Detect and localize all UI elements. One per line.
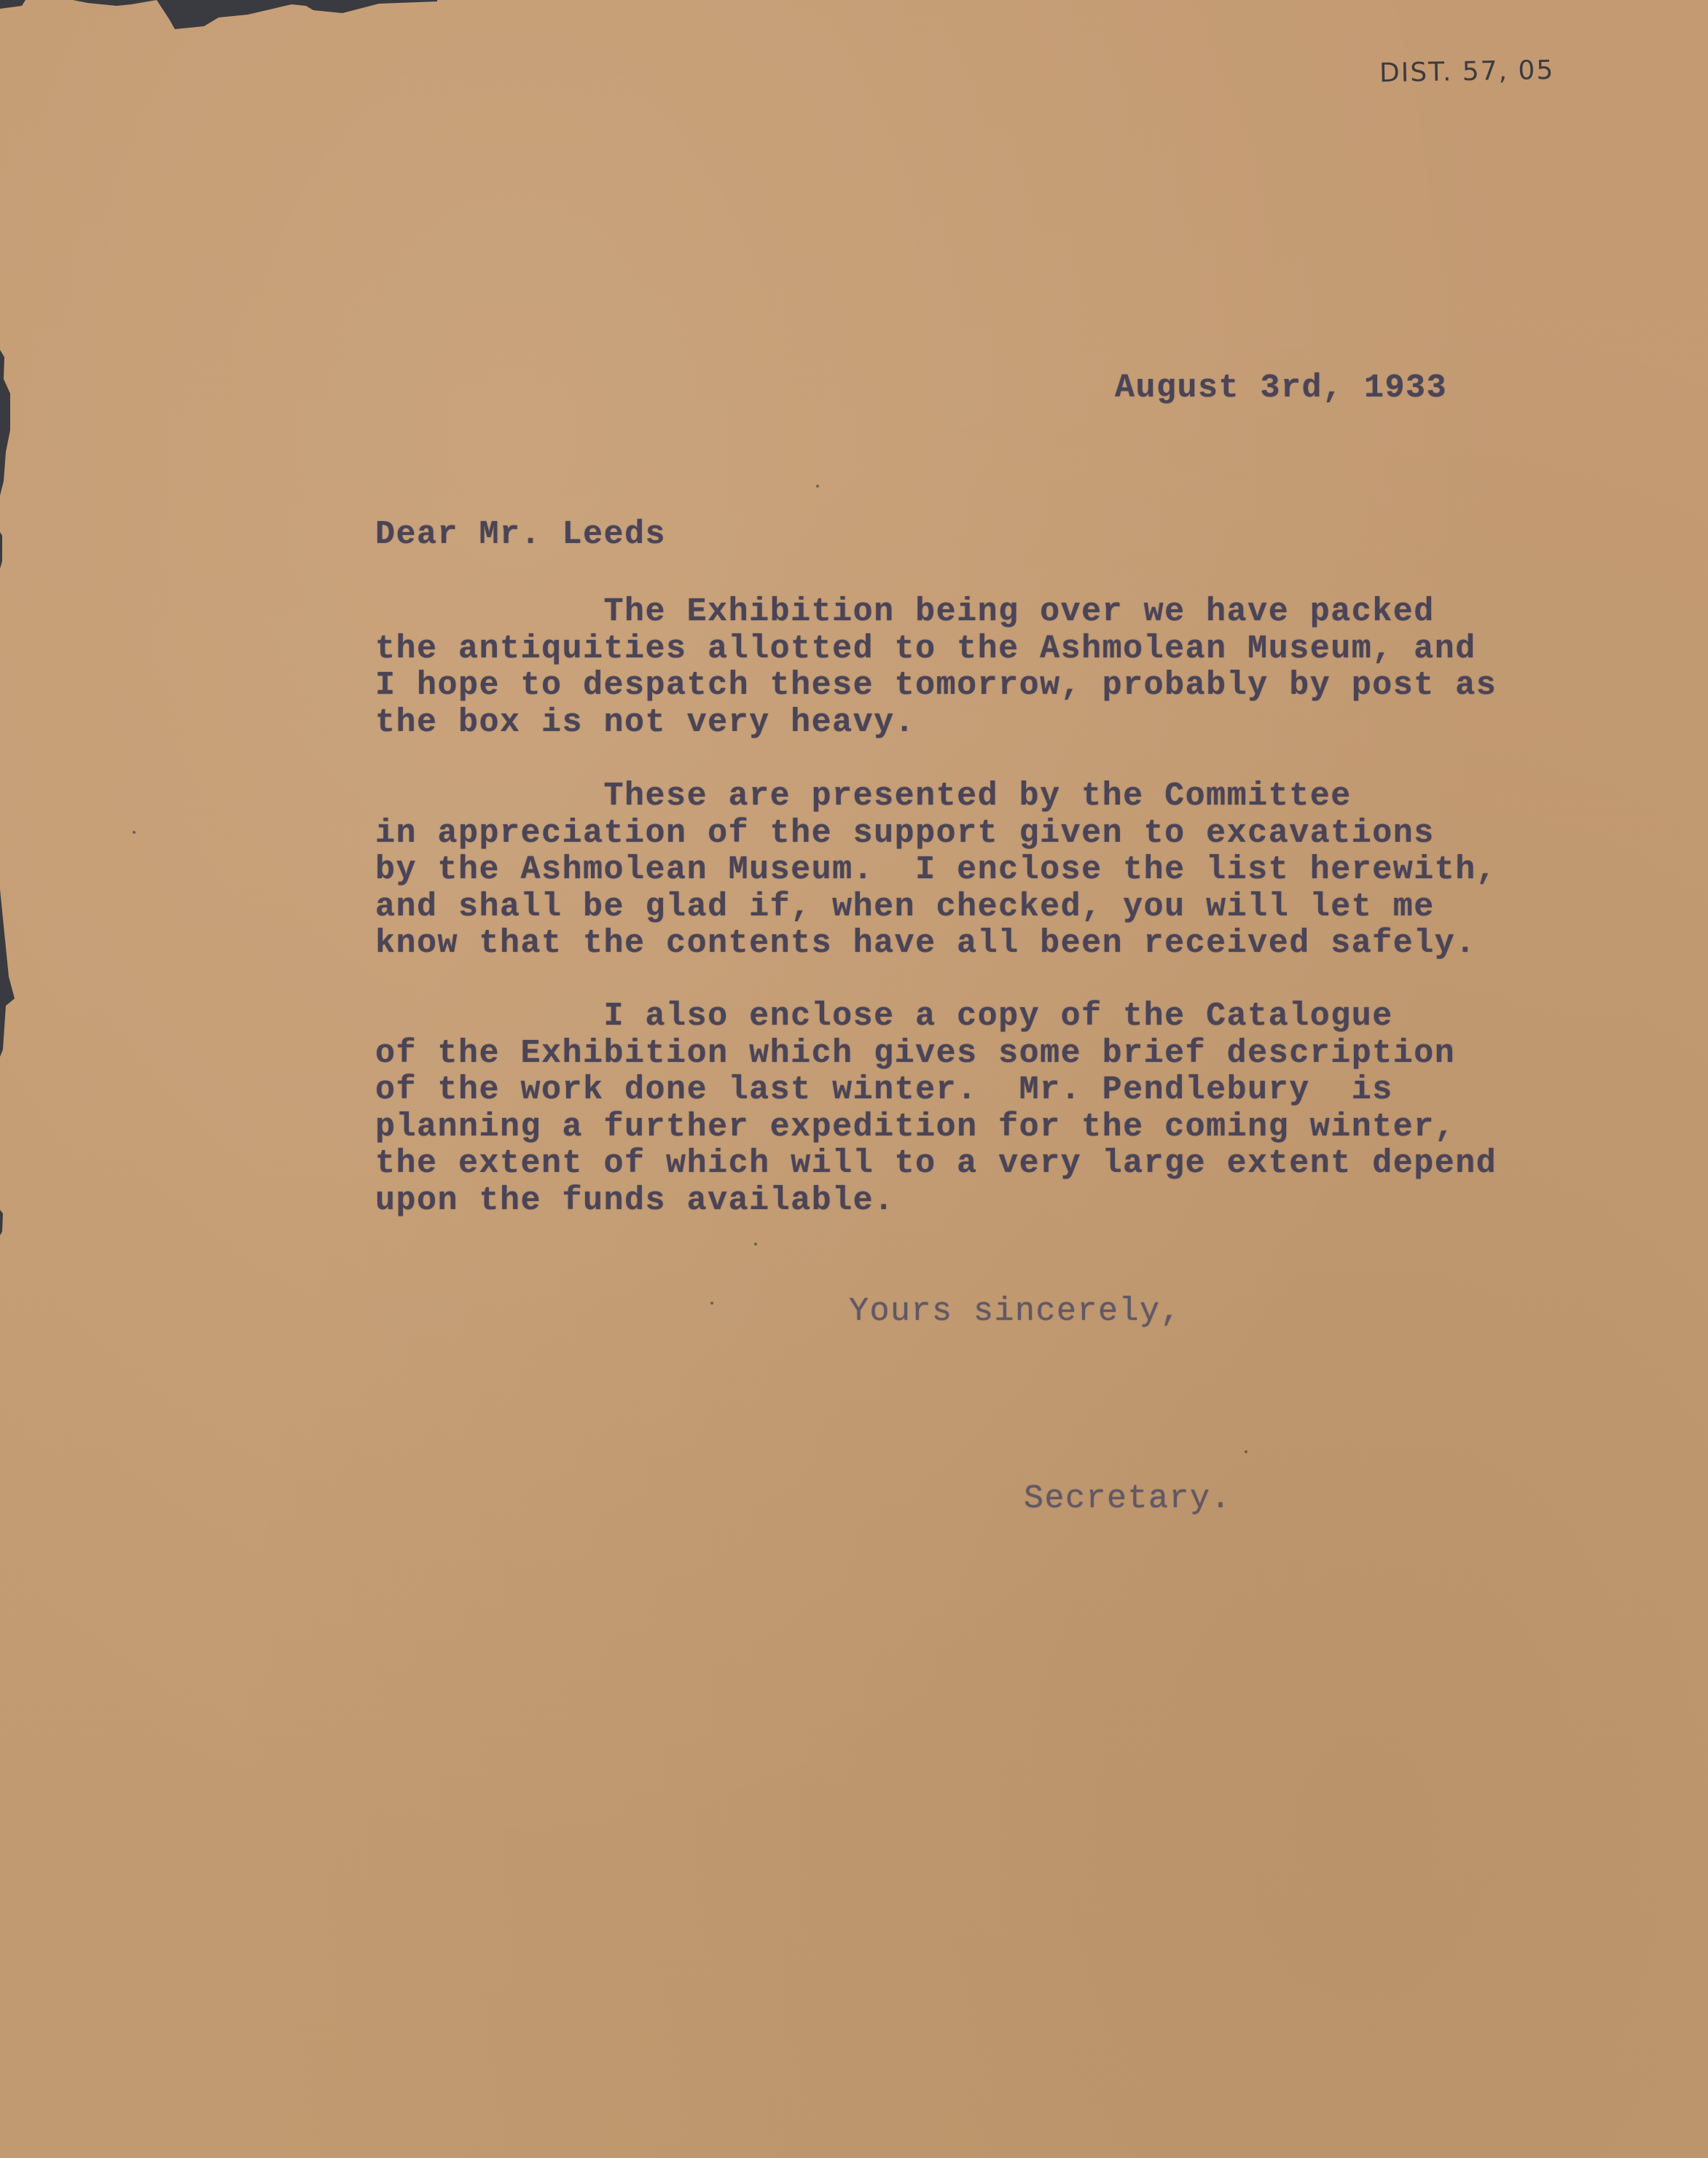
body-paragraph-2: These are presented by the Committeein a… [375, 778, 1497, 963]
paragraph-line: the extent of which will to a very large… [375, 1146, 1497, 1183]
torn-top-edge [0, 0, 437, 29]
paragraph-line: I also enclose a copy of the Catalogue [375, 998, 1497, 1036]
paragraph-line: These are presented by the Committee [375, 778, 1497, 816]
archive-reference-note: DIST. 57, 05 [1379, 55, 1555, 88]
paper-speck [816, 485, 819, 488]
letter-page: DIST. 57, 05 August 3rd, 1933 Dear Mr. L… [0, 0, 1708, 2158]
paragraph-line: upon the funds available. [375, 1183, 1497, 1220]
paragraph-line: of the work done last winter. Mr. Pendle… [375, 1072, 1497, 1109]
paper-speck [1245, 1450, 1247, 1453]
paragraph-line: in appreciation of the support given to … [375, 816, 1497, 853]
paper-speck [710, 1302, 713, 1305]
signature-title: Secretary. [1024, 1481, 1231, 1518]
paper-speck [754, 1243, 757, 1246]
paragraph-line: the box is not very heavy. [375, 705, 1497, 742]
paragraph-line: know that the contents have all been rec… [375, 926, 1497, 963]
paper-speck [133, 831, 136, 834]
paragraph-line: planning a further expedition for the co… [375, 1109, 1497, 1146]
torn-left-edge [0, 350, 22, 1312]
paragraph-line: and shall be glad if, when checked, you … [375, 889, 1497, 926]
paragraph-line: I hope to despatch these tomorrow, proba… [375, 668, 1497, 705]
closing: Yours sincerely, [849, 1294, 1181, 1331]
body-paragraph-3: I also enclose a copy of the Catalogueof… [375, 998, 1497, 1219]
letter-date: August 3rd, 1933 [1115, 370, 1447, 407]
paragraph-line: by the Ashmolean Museum. I enclose the l… [375, 852, 1497, 889]
paragraph-line: the antiquities allotted to the Ashmolea… [375, 631, 1497, 668]
salutation: Dear Mr. Leeds [375, 517, 666, 554]
paragraph-line: of the Exhibition which gives some brief… [375, 1036, 1497, 1073]
paragraph-line: The Exhibition being over we have packed [375, 594, 1497, 631]
body-paragraph-1: The Exhibition being over we have packed… [375, 594, 1497, 741]
